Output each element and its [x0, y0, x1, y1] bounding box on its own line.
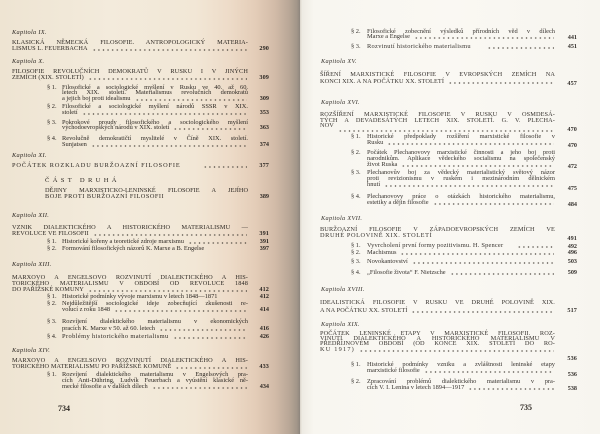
page-number: 484 — [559, 202, 577, 208]
section-number: § 3. — [47, 319, 57, 325]
left-page: Kapitola IX. KLASICKÁ NĚMECKÁ FILOSOFIE.… — [0, 0, 300, 434]
page-number: 441 — [559, 35, 577, 41]
chapter-title-last-line: TORICKÉHO MATERIALISMU PO PAŘÍŽSKÉ KOMUN… — [12, 364, 248, 370]
title-text: NOV — [320, 123, 334, 129]
leader-space — [221, 297, 247, 299]
dot-leader — [82, 113, 247, 115]
page-number: 309 — [251, 75, 269, 81]
section-text: Rozvinutí historického materialismu — [367, 44, 471, 50]
section-text: „Filosofie života“ F. Nietzsche — [367, 270, 446, 276]
section-number: § 2. — [47, 246, 57, 252]
section-last-line: marxistické filosofie 536 — [367, 368, 555, 374]
section-last-line: volucí z roku 1848 414 — [62, 307, 248, 313]
section-text: cích V. I. Lenina v letech 1894—1917 — [367, 385, 464, 391]
section-text: marxistické filosofie — [367, 368, 420, 374]
section-last-line: „Filosofie života“ F. Nietzsche 509 — [367, 270, 555, 276]
dot-leader — [135, 99, 247, 101]
page-number: 457 — [559, 81, 577, 87]
dot-leader — [88, 78, 247, 80]
chapter-label: Kapitola XVI. — [321, 100, 360, 106]
chapter-label: Kapitola XII. — [12, 213, 49, 219]
section-last-line: Problémy historického materialismu 426 — [62, 334, 248, 340]
section-text: Novokantovství — [367, 259, 408, 265]
section-text: Sunjatsen — [62, 142, 87, 148]
page-number: 470 — [559, 127, 577, 133]
page-number: 309 — [251, 96, 269, 102]
dot-leader — [414, 37, 554, 39]
page-number: 377 — [251, 163, 269, 169]
folio-page-number: 735 — [520, 403, 532, 412]
section-last-line: Novokantovství 503 — [367, 259, 555, 265]
section-last-line: a jejich boj proti idealismu 309 — [62, 96, 248, 102]
chapter-label: Kapitola X. — [12, 59, 44, 65]
leader-space — [436, 236, 554, 238]
dot-leader — [91, 145, 247, 147]
section-last-line: Rozvinutí historického materialismu 451 — [367, 44, 555, 50]
page-number: 391 — [251, 231, 269, 237]
section-number: § 3. — [351, 44, 361, 50]
title-text: KU 1917) — [320, 347, 355, 353]
chapter-title-last-line: POČÁTEK ROZKLADU BURŽOAZNÍ FILOSOFIE 377 — [12, 163, 248, 169]
section-text: Formování filosofických názorů K. Marxe … — [62, 246, 204, 252]
section-text: život Ruska — [367, 162, 397, 168]
leader-space — [168, 197, 247, 199]
page-number: 353 — [251, 110, 269, 116]
section-text: mecké filosofie a v dalších dílech — [62, 384, 148, 390]
folio-page-number: 734 — [58, 404, 70, 413]
chapter-label: Kapitola XIV. — [12, 348, 50, 354]
leader-space — [208, 249, 247, 251]
chapter-label: Kapitola XV. — [321, 59, 357, 65]
section-text: hnutí — [367, 182, 380, 188]
section-number: § 2. — [351, 379, 361, 385]
dot-leader — [387, 143, 554, 145]
dot-leader — [487, 47, 554, 49]
section-number: § 3. — [47, 120, 57, 126]
dot-leader — [159, 329, 247, 331]
chapter-title-last-line: A NA POČÁTKU XX. STOLETÍ 517 — [320, 308, 555, 314]
page-number: 389 — [251, 194, 269, 200]
part-title-last-line: BOJE PROTI BURŽOAZNÍ FILOSOFII 389 — [45, 194, 248, 200]
section-number: § 3. — [351, 170, 361, 176]
section-text: pracích K. Marxe v 50. až 60. letech — [62, 326, 155, 332]
section-last-line: století 353 — [62, 110, 248, 116]
dot-leader — [93, 234, 247, 236]
section-last-line: pracích K. Marxe v 50. až 60. letech 416 — [62, 326, 248, 332]
section-number: § 3. — [351, 259, 361, 265]
page-number: 470 — [559, 143, 577, 149]
section-number: § 2. — [351, 150, 361, 156]
page-number: 451 — [559, 44, 577, 50]
page-number: 290 — [251, 46, 269, 52]
section-number: § 4. — [351, 194, 361, 200]
dot-leader — [448, 82, 554, 84]
title-text: BOJE PROTI BURŽOAZNÍ FILOSOFII — [45, 194, 164, 200]
dot-leader — [175, 367, 247, 369]
chapter-label: Kapitola XI. — [12, 153, 47, 159]
dot-leader — [88, 290, 247, 292]
dot-leader — [384, 185, 554, 187]
dot-leader — [92, 49, 247, 51]
section-text: Machismus — [367, 250, 396, 256]
section-number: § 2. — [47, 104, 57, 110]
section-last-line: východoevropských národů v XIX. století … — [62, 125, 248, 131]
dot-leader — [450, 273, 554, 275]
section-last-line: estetiky a dějin filosofie 484 — [367, 200, 555, 206]
section-number: § 4. — [47, 334, 57, 340]
section-text: století — [62, 110, 78, 116]
dot-leader — [433, 203, 554, 205]
chapter-title-line: IDEALISTICKÁ FILOSOFIE V RUSKU VE DRUHÉ … — [320, 300, 555, 306]
section-number: § 4. — [47, 136, 57, 142]
dot-leader — [359, 350, 554, 352]
section-text: estetiky a dějin filosofie — [367, 200, 429, 206]
page-number: 475 — [559, 186, 577, 192]
page-number: 397 — [251, 246, 269, 252]
page-number: 434 — [251, 384, 269, 390]
page-number: 472 — [559, 164, 577, 170]
title-text: KONCI XIX. A NA POČÁTKU XX. STOLETÍ — [320, 79, 444, 85]
section-last-line: Marxe a Engelse 441 — [367, 34, 555, 40]
section-last-line: Sunjatsen 374 — [62, 142, 248, 148]
chapter-label: Kapitola XVII. — [321, 216, 362, 222]
chapter-title-last-line: ZEMÍCH (XIX. STOLETÍ) 309 — [12, 75, 248, 81]
chapter-title-last-line: NOV 470 — [320, 123, 555, 129]
section-number: § 1. — [351, 362, 361, 368]
chapter-title-last-line: KU 1917) 536 — [320, 347, 555, 353]
section-last-line: hnutí 475 — [367, 182, 555, 188]
section-text: východoevropských národů v XIX. století — [62, 125, 169, 131]
page-number: 363 — [251, 125, 269, 131]
page-number: 509 — [559, 270, 577, 276]
page-number: 426 — [251, 334, 269, 340]
section-text: a jejich boj proti idealismu — [62, 96, 131, 102]
title-text: ZEMÍCH (XIX. STOLETÍ) — [12, 75, 84, 81]
title-text: POČÁTEK ROZKLADU BURŽOAZNÍ FILOSOFIE — [12, 163, 181, 169]
section-last-line: Rusku 470 — [367, 140, 555, 146]
section-last-line: život Ruska 472 — [367, 162, 555, 168]
title-text: TORICKÉHO MATERIALISMU PO PAŘÍŽSKÉ KOMUN… — [12, 364, 171, 370]
page-number: 538 — [559, 386, 577, 392]
dot-leader — [468, 388, 554, 390]
section-number: § 1. — [47, 85, 57, 91]
dot-leader — [152, 387, 247, 389]
section-last-line: mecké filosofie a v dalších dílech 434 — [62, 384, 248, 390]
page-number: 496 — [559, 250, 577, 256]
dot-leader — [188, 242, 247, 244]
section-number: § 2. — [351, 29, 361, 35]
section-last-line: cích V. I. Lenina v letech 1894—1917 538 — [367, 385, 555, 391]
page-number: 503 — [559, 259, 577, 265]
chapter-title-last-line: DRUHÉ POLOVINĚ XIX. STOLETÍ 491 — [320, 233, 555, 239]
dot-leader — [412, 262, 554, 264]
chapter-label: Kapitola XIII. — [12, 262, 52, 268]
section-text: volucí z roku 1848 — [62, 307, 110, 313]
dot-leader — [203, 166, 247, 168]
title-text: REVOLUCE VE FILOSOFII — [12, 231, 89, 237]
page-number: 414 — [251, 307, 269, 313]
title-text: LISMUS L. FEUERBACHA — [12, 46, 88, 52]
dot-leader — [173, 337, 247, 339]
chapter-label: Kapitola XIX. — [321, 322, 360, 328]
section-last-line: Machismus 496 — [367, 250, 555, 256]
dot-leader — [424, 371, 554, 373]
section-text: Marxe a Engelse — [367, 34, 410, 40]
section-number: § 1. — [47, 372, 57, 378]
dot-leader — [114, 310, 247, 312]
chapter-label: Kapitola XVIII. — [321, 287, 365, 293]
title-text: DRUHÉ POLOVINĚ XIX. STOLETÍ — [320, 233, 432, 239]
page-number: 536 — [559, 356, 577, 362]
title-text: A NA POČÁTKU XX. STOLETÍ — [320, 308, 407, 314]
section-number: § 2. — [351, 250, 361, 256]
dot-leader — [517, 246, 554, 248]
dot-leader — [411, 311, 554, 313]
page-number: 412 — [251, 294, 269, 300]
dot-leader — [401, 165, 554, 167]
dot-leader — [400, 253, 554, 255]
page-number: 416 — [251, 326, 269, 332]
dot-leader — [338, 130, 554, 132]
chapter-title-last-line: KONCI XIX. A NA POČÁTKU XX. STOLETÍ 457 — [320, 79, 555, 85]
page-number: 491 — [559, 236, 577, 242]
page-number: 517 — [559, 308, 577, 314]
page-number: 374 — [251, 142, 269, 148]
page-number: 433 — [251, 364, 269, 370]
section-number: § 1. — [351, 134, 361, 140]
dot-leader — [173, 128, 247, 130]
section-text: Rusku — [367, 140, 383, 146]
page-number: 536 — [559, 372, 577, 378]
chapter-label: Kapitola IX. — [12, 30, 47, 36]
chapter-title-last-line: LISMUS L. FEUERBACHA 290 — [12, 46, 248, 52]
section-number: § 2. — [47, 301, 57, 307]
section-text: Problémy historického materialismu — [62, 334, 169, 340]
part-label: ČÁST DRUHÁ — [45, 178, 120, 184]
right-page: § 2. Filosofické zobecnění výsledků přír… — [300, 0, 600, 434]
section-number: § 4. — [351, 270, 361, 276]
section-last-line: Formování filosofických názorů K. Marxe … — [62, 246, 248, 252]
chapter-title-last-line: REVOLUCE VE FILOSOFII 391 — [12, 231, 248, 237]
